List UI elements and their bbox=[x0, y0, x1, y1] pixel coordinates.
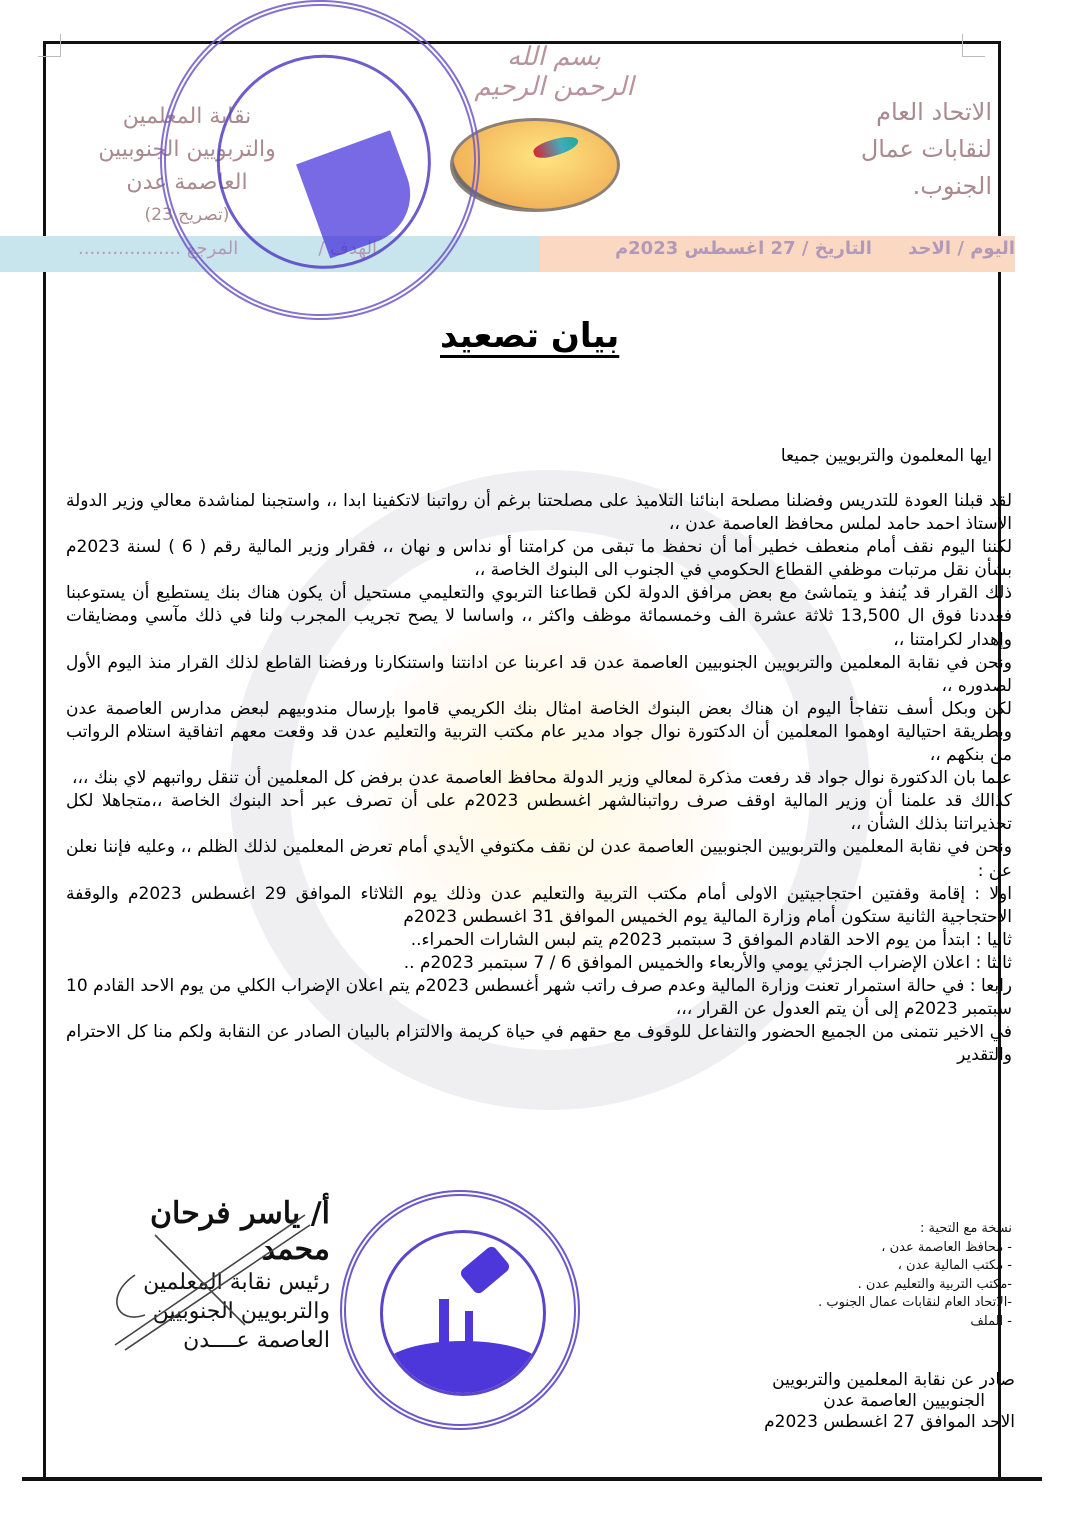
header-right-line: لنقابات عمال bbox=[861, 131, 992, 168]
basmala-calligraphy: بسم الله الرحمن الرحيم bbox=[470, 42, 638, 82]
issuer-block: صادر عن نقابة المعلمين والتربويين الجنوب… bbox=[764, 1370, 1015, 1433]
header-union-name: الاتحاد العام لنقابات عمال الجنوب. bbox=[861, 94, 992, 205]
cc-item: - الملف bbox=[818, 1313, 1012, 1332]
document-title: بيان تصعيد bbox=[440, 316, 619, 356]
cc-item: - مكتب المالية عدن ، bbox=[818, 1257, 1012, 1276]
paragraph: ذلك القرار قد يُنفذ و يتماشئ مع بعض مراف… bbox=[66, 582, 1012, 651]
issuer-line: الجنوبيين العاصمة عدن bbox=[764, 1391, 1015, 1412]
issuer-line: صادر عن نقابة المعلمين والتربويين bbox=[764, 1370, 1015, 1391]
cc-item: - محافظ العاصمة عدن ، bbox=[818, 1239, 1012, 1258]
official-stamp-top bbox=[115, 0, 525, 365]
reference-blank: .................. bbox=[78, 238, 181, 259]
flag-icon bbox=[459, 1244, 512, 1295]
paragraph: ونحن في نقابة المعلمين والتربويين الجنوب… bbox=[66, 652, 1012, 698]
flag-icon bbox=[532, 132, 581, 161]
paragraph: لكن وبكل أسف نتفاجأ اليوم ان هناك بعض ال… bbox=[66, 698, 1012, 767]
date-field: التاريخ / 27 اغسطس 2023م bbox=[615, 238, 872, 259]
action-item-first: اولا : إقامة وقفتين احتجاجيتين الاولى أم… bbox=[66, 883, 1012, 929]
official-stamp-bottom bbox=[340, 1190, 580, 1430]
crop-mark-top-right bbox=[962, 34, 985, 57]
cc-item: -الاتحاد العام لنقابات عمال الجنوب . bbox=[818, 1294, 1012, 1313]
greeting: ايها المعلمون والتربويين جميعا bbox=[781, 446, 992, 466]
copy-to-list: نسخة مع التحية : - محافظ العاصمة عدن ، -… bbox=[818, 1220, 1012, 1331]
paragraph: لقد قبلنا العودة للتدريس وفضلنا مصلحة اب… bbox=[66, 490, 1012, 536]
cc-title: نسخة مع التحية : bbox=[818, 1220, 1012, 1239]
date-info: اليوم / الاحد التاريخ / 27 اغسطس 2023م bbox=[585, 238, 1015, 259]
crop-mark-top-left bbox=[38, 34, 61, 57]
issue-date: الاحد الموافق 27 اغسطس 2023م bbox=[764, 1412, 1015, 1433]
handwritten-signature bbox=[95, 1205, 315, 1355]
paragraph: علما بان الدكتورة نوال جواد قد رفعت مذكر… bbox=[66, 767, 1012, 790]
day-field: اليوم / الاحد bbox=[908, 238, 1015, 259]
paragraph: لكننا اليوم نقف أمام منعطف خطير أما أن ن… bbox=[66, 536, 1012, 582]
paragraph: كذالك قد علمنا أن وزير المالية اوقف صرف … bbox=[66, 790, 1012, 836]
header-right-line: الجنوب. bbox=[861, 168, 992, 205]
cc-item: -مكتب التربية والتعليم عدن . bbox=[818, 1276, 1012, 1295]
action-item-second: ثانيا : ابتدأ من يوم الاحد القادم المواف… bbox=[66, 929, 1012, 952]
paragraph: ونحن في نقابة المعلمين والتربويين الجنوب… bbox=[66, 836, 1012, 882]
statement-body: لقد قبلنا العودة للتدريس وفضلنا مصلحة اب… bbox=[66, 490, 1012, 1067]
header-right-line: الاتحاد العام bbox=[861, 94, 992, 131]
closing-paragraph: في الاخير نتمنى من الجميع الحضور والتفاع… bbox=[66, 1021, 1012, 1067]
page-border-bottom bbox=[22, 1477, 1042, 1481]
stamp-hill bbox=[383, 1341, 543, 1393]
stamp-ring bbox=[380, 1230, 546, 1396]
action-item-fourth: رابعا : في حالة استمرار تعنت وزارة المال… bbox=[66, 975, 1012, 1021]
action-item-third: ثالثا : اعلان الإضراب الجزئي يومي والأرب… bbox=[66, 952, 1012, 975]
